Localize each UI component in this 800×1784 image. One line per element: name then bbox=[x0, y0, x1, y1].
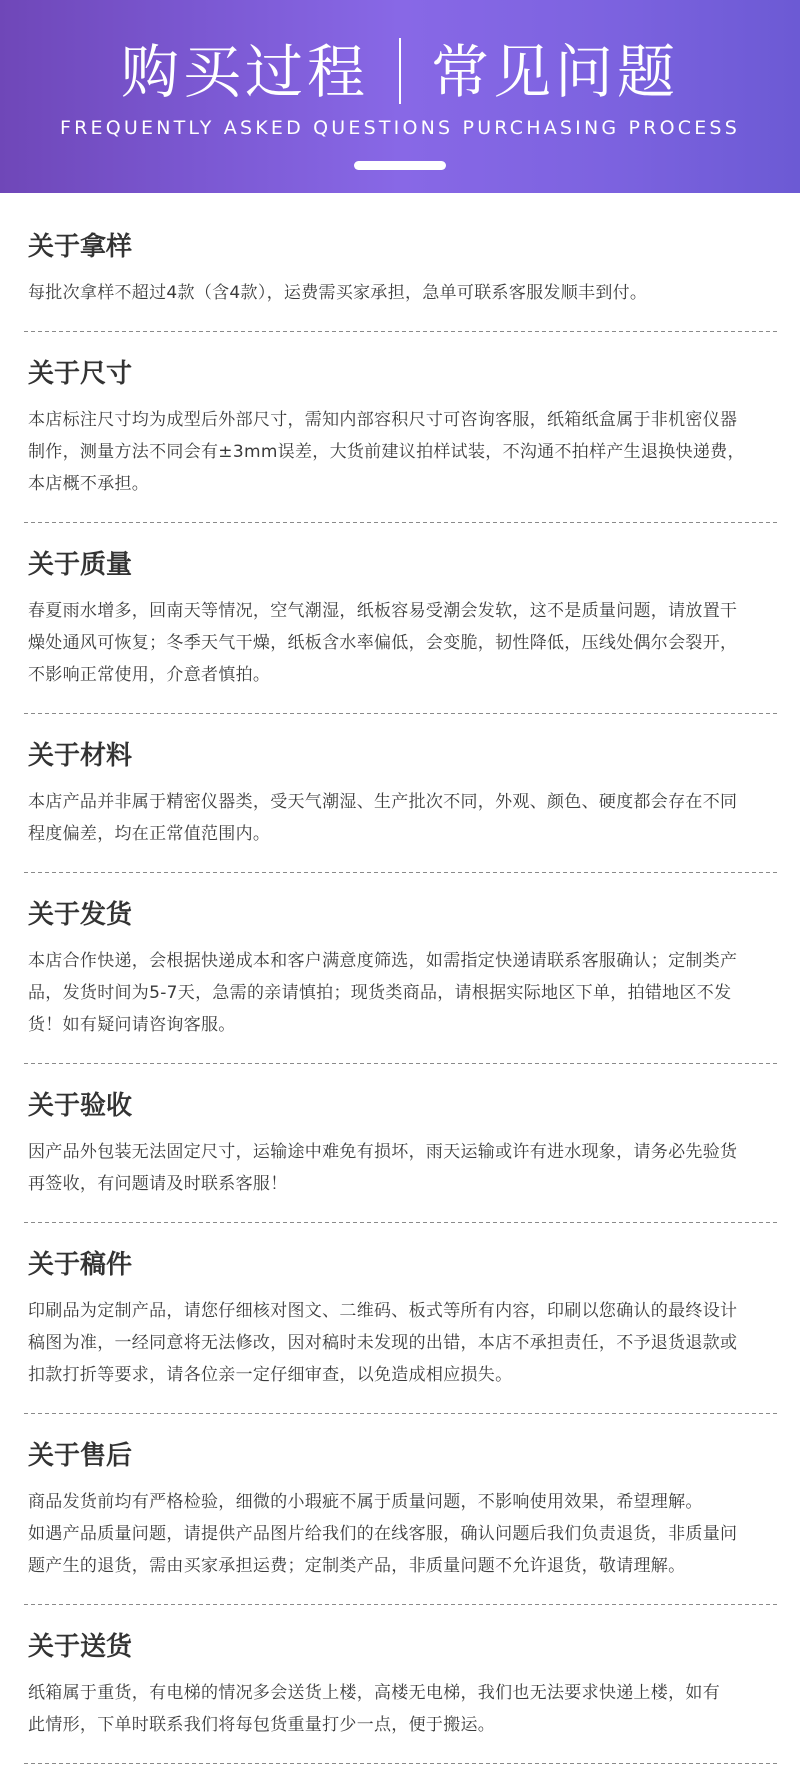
faq-section-material: 关于材料 本店产品并非属于精密仪器类，受天气潮湿、生产批次不同，外观、颜色、硬度… bbox=[24, 714, 780, 873]
section-body: 商品发货前均有严格检验，细微的小瑕疵不属于质量问题，不影响使用效果，希望理解。 … bbox=[24, 1486, 780, 1582]
section-body: 印刷品为定制产品，请您仔细核对图文、二维码、板式等所有内容，印刷以您确认的最终设… bbox=[24, 1295, 780, 1391]
body-line: 商品发货前均有严格检验，细微的小瑕疵不属于质量问题，不影响使用效果，希望理解。 bbox=[28, 1486, 778, 1518]
section-title: 关于质量 bbox=[24, 549, 780, 581]
title-divider bbox=[399, 38, 401, 104]
section-title: 关于材料 bbox=[24, 740, 780, 772]
faq-section-artwork: 关于稿件 印刷品为定制产品，请您仔细核对图文、二维码、板式等所有内容，印刷以您确… bbox=[24, 1223, 780, 1414]
body-line: 货！如有疑问请咨询客服。 bbox=[28, 1009, 778, 1041]
page-title: 购买过程常见问题 bbox=[0, 36, 800, 108]
section-body: 纸箱属于重货，有电梯的情况多会送货上楼，高楼无电梯，我们也无法要求快递上楼，如有… bbox=[24, 1677, 780, 1741]
title-faq: 常见问题 bbox=[431, 38, 679, 106]
faq-section-after-sales: 关于售后 商品发货前均有严格检验，细微的小瑕疵不属于质量问题，不影响使用效果，希… bbox=[24, 1414, 780, 1605]
dashed-divider bbox=[24, 1763, 780, 1764]
body-line: 因产品外包装无法固定尺寸，运输途中难免有损坏，雨天运输或许有进水现象，请务必先验… bbox=[28, 1136, 778, 1168]
body-line: 纸箱属于重货，有电梯的情况多会送货上楼，高楼无电梯，我们也无法要求快递上楼，如有 bbox=[28, 1677, 778, 1709]
section-body: 春夏雨水增多，回南天等情况，空气潮湿，纸板容易受潮会发软，这不是质量问题，请放置… bbox=[24, 595, 780, 691]
body-line: 品，发货时间为5-7天，急需的亲请慎拍；现货类商品，请根据实际地区下单，拍错地区… bbox=[28, 977, 778, 1009]
title-purchase-process: 购买过程 bbox=[121, 38, 369, 106]
page-subtitle: FREQUENTLY ASKED QUESTIONS PURCHASING PR… bbox=[0, 115, 800, 141]
body-line: 燥处通风可恢复；冬季天气干燥，纸板含水率偏低，会变脆，韧性降低，压线处偶尔会裂开… bbox=[28, 627, 778, 659]
section-body: 本店产品并非属于精密仪器类，受天气潮湿、生产批次不同，外观、颜色、硬度都会存在不… bbox=[24, 786, 780, 850]
section-title: 关于验收 bbox=[24, 1090, 780, 1122]
section-body: 本店标注尺寸均为成型后外部尺寸，需知内部容积尺寸可咨询客服，纸箱纸盒属于非机密仪… bbox=[24, 404, 780, 500]
faq-section-shipping: 关于发货 本店合作快递，会根据快递成本和客户满意度筛选，如需指定快递请联系客服确… bbox=[24, 873, 780, 1064]
body-line: 扣款打折等要求，请各位亲一定仔细审查，以免造成相应损失。 bbox=[28, 1359, 778, 1391]
section-title: 关于尺寸 bbox=[24, 358, 780, 390]
body-line: 本店产品并非属于精密仪器类，受天气潮湿、生产批次不同，外观、颜色、硬度都会存在不… bbox=[28, 786, 778, 818]
body-line: 春夏雨水增多，回南天等情况，空气潮湿，纸板容易受潮会发软，这不是质量问题，请放置… bbox=[28, 595, 778, 627]
body-line: 本店概不承担。 bbox=[28, 468, 778, 500]
body-line: 程度偏差，均在正常值范围内。 bbox=[28, 818, 778, 850]
faq-section-inspection: 关于验收 因产品外包装无法固定尺寸，运输途中难免有损坏，雨天运输或许有进水现象，… bbox=[24, 1064, 780, 1223]
faq-section-quality: 关于质量 春夏雨水增多，回南天等情况，空气潮湿，纸板容易受潮会发软，这不是质量问… bbox=[24, 523, 780, 714]
section-body: 因产品外包装无法固定尺寸，运输途中难免有损坏，雨天运输或许有进水现象，请务必先验… bbox=[24, 1136, 780, 1200]
faq-section-sample: 关于拿样 每批次拿样不超过4款（含4款），运费需买家承担，急单可联系客服发顺丰到… bbox=[24, 193, 780, 332]
section-title: 关于发货 bbox=[24, 899, 780, 931]
body-line: 印刷品为定制产品，请您仔细核对图文、二维码、板式等所有内容，印刷以您确认的最终设… bbox=[28, 1295, 778, 1327]
section-title: 关于稿件 bbox=[24, 1249, 780, 1281]
faq-section-size: 关于尺寸 本店标注尺寸均为成型后外部尺寸，需知内部容积尺寸可咨询客服，纸箱纸盒属… bbox=[24, 332, 780, 523]
body-line: 制作，测量方法不同会有±3mm误差，大货前建议拍样试装，不沟通不拍样产生退换快递… bbox=[28, 436, 778, 468]
body-line: 题产生的退货，需由买家承担运费；定制类产品，非质量问题不允许退货，敬请理解。 bbox=[28, 1550, 778, 1582]
section-title: 关于售后 bbox=[24, 1440, 780, 1472]
body-line: 如遇产品质量问题，请提供产品图片给我们的在线客服，确认问题后我们负责退货，非质量… bbox=[28, 1518, 778, 1550]
decorative-bar bbox=[354, 161, 446, 170]
faq-header-banner: 购买过程常见问题 FREQUENTLY ASKED QUESTIONS PURC… bbox=[0, 0, 800, 193]
faq-list: 关于拿样 每批次拿样不超过4款（含4款），运费需买家承担，急单可联系客服发顺丰到… bbox=[0, 193, 800, 1764]
body-line: 再签收，有问题请及时联系客服！ bbox=[28, 1168, 778, 1200]
section-body: 每批次拿样不超过4款（含4款），运费需买家承担，急单可联系客服发顺丰到付。 bbox=[24, 277, 780, 309]
body-line: 每批次拿样不超过4款（含4款），运费需买家承担，急单可联系客服发顺丰到付。 bbox=[28, 277, 778, 309]
body-line: 本店标注尺寸均为成型后外部尺寸，需知内部容积尺寸可咨询客服，纸箱纸盒属于非机密仪… bbox=[28, 404, 778, 436]
body-line: 不影响正常使用，介意者慎拍。 bbox=[28, 659, 778, 691]
body-line: 本店合作快递，会根据快递成本和客户满意度筛选，如需指定快递请联系客服确认；定制类… bbox=[28, 945, 778, 977]
section-title: 关于送货 bbox=[24, 1631, 780, 1663]
section-body: 本店合作快递，会根据快递成本和客户满意度筛选，如需指定快递请联系客服确认；定制类… bbox=[24, 945, 780, 1041]
body-line: 此情形，下单时联系我们将每包货重量打少一点，便于搬运。 bbox=[28, 1709, 778, 1741]
faq-section-delivery: 关于送货 纸箱属于重货，有电梯的情况多会送货上楼，高楼无电梯，我们也无法要求快递… bbox=[24, 1605, 780, 1764]
section-title: 关于拿样 bbox=[24, 231, 780, 263]
body-line: 稿图为准，一经同意将无法修改，因对稿时未发现的出错，本店不承担责任，不予退货退款… bbox=[28, 1327, 778, 1359]
